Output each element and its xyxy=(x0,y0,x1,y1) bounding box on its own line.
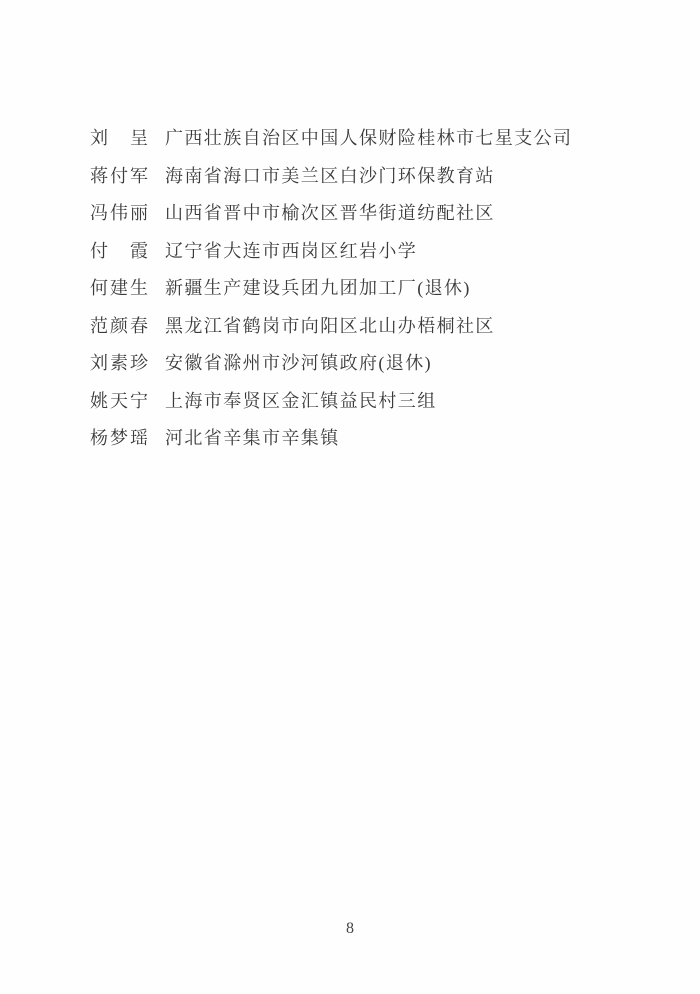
person-affiliation: 广西壮族自治区中国人保财险桂林市七星支公司 xyxy=(165,120,572,158)
person-affiliation: 辽宁省大连市西岗区红岩小学 xyxy=(165,233,417,271)
roster-row: 蒋付军 海南省海口市美兰区白沙门环保教育站 xyxy=(90,158,660,196)
person-name: 冯伟丽 xyxy=(90,195,148,233)
roster-row: 冯伟丽 山西省晋中市榆次区晋华街道纺配社区 xyxy=(90,195,660,233)
person-name: 何建生 xyxy=(90,270,148,308)
document-page: 刘呈 广西壮族自治区中国人保财险桂林市七星支公司 蒋付军 海南省海口市美兰区白沙… xyxy=(0,0,700,994)
page-number: 8 xyxy=(0,920,700,938)
roster-row: 刘呈 广西壮族自治区中国人保财险桂林市七星支公司 xyxy=(90,120,660,158)
roster-row: 范颜春 黑龙江省鹤岗市向阳区北山办梧桐社区 xyxy=(90,308,660,346)
person-affiliation: 海南省海口市美兰区白沙门环保教育站 xyxy=(165,158,495,196)
person-name: 姚天宁 xyxy=(90,383,148,421)
person-affiliation: 上海市奉贤区金汇镇益民村三组 xyxy=(165,383,437,421)
roster-row: 姚天宁 上海市奉贤区金汇镇益民村三组 xyxy=(90,383,660,421)
person-affiliation: 山西省晋中市榆次区晋华街道纺配社区 xyxy=(165,195,495,233)
roster-row: 付霞 辽宁省大连市西岗区红岩小学 xyxy=(90,233,660,271)
person-affiliation: 新疆生产建设兵团九团加工厂(退休) xyxy=(165,270,471,308)
roster-row: 刘素珍 安徽省滁州市沙河镇政府(退休) xyxy=(90,345,660,383)
roster-row: 杨梦瑶 河北省辛集市辛集镇 xyxy=(90,420,660,458)
roster-row: 何建生 新疆生产建设兵团九团加工厂(退休) xyxy=(90,270,660,308)
person-name: 刘素珍 xyxy=(90,345,148,383)
person-name: 付霞 xyxy=(90,233,148,271)
person-affiliation: 安徽省滁州市沙河镇政府(退休) xyxy=(165,345,432,383)
roster-list: 刘呈 广西壮族自治区中国人保财险桂林市七星支公司 蒋付军 海南省海口市美兰区白沙… xyxy=(90,120,660,458)
person-name: 刘呈 xyxy=(90,120,148,158)
person-affiliation: 河北省辛集市辛集镇 xyxy=(165,420,340,458)
person-name: 杨梦瑶 xyxy=(90,420,148,458)
person-affiliation: 黑龙江省鹤岗市向阳区北山办梧桐社区 xyxy=(165,308,495,346)
person-name: 范颜春 xyxy=(90,308,148,346)
person-name: 蒋付军 xyxy=(90,158,148,196)
